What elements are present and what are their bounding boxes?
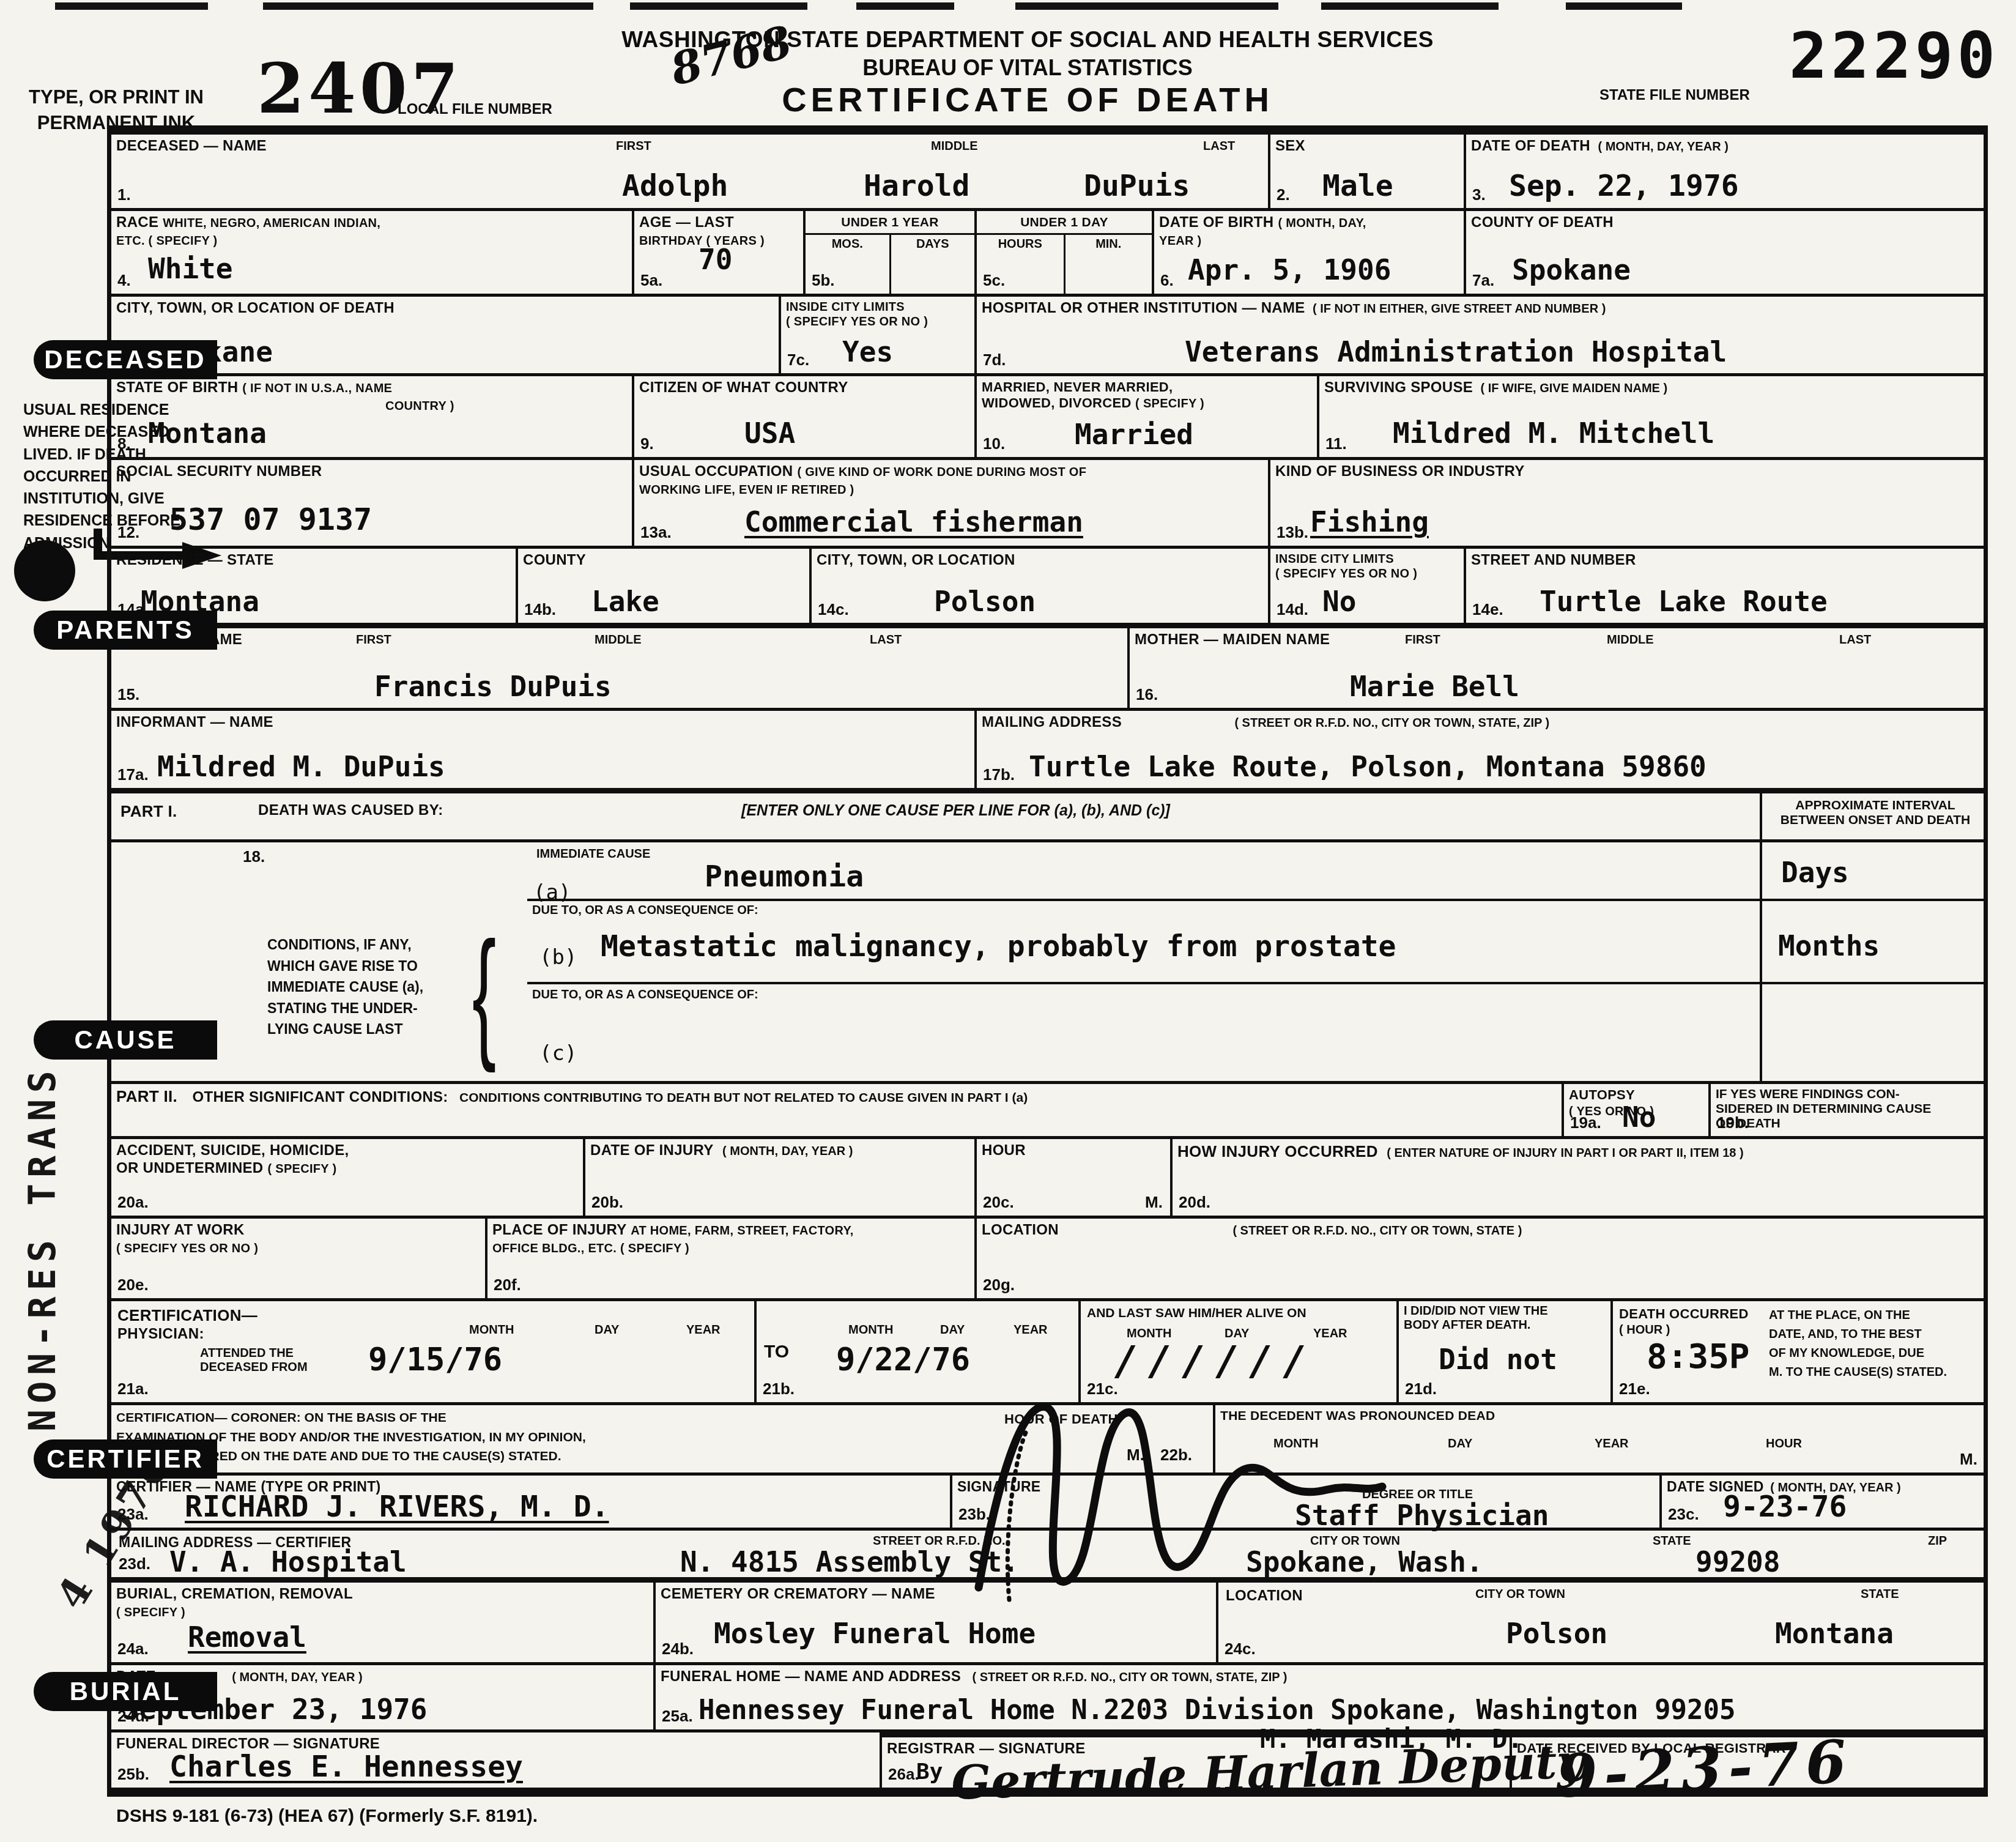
- state-file-number-label: STATE FILE NUMBER: [1599, 87, 1750, 104]
- part1-header: PART I. DEATH WAS CAUSED BY: [ENTER ONLY…: [111, 793, 1984, 842]
- death-certificate-scan: { "header":{ "ink":"TYPE, OR PRINT IN\nP…: [0, 0, 2016, 1842]
- immediate-cause-label: IMMEDIATE CAUSE: [536, 847, 650, 861]
- field-mother-name: MOTHER — MAIDEN NAME FIRST MIDDLE LAST 1…: [1130, 628, 1984, 708]
- field-county-of-death: COUNTY OF DEATH 7a. Spokane: [1466, 211, 1984, 294]
- part1-label: PART I.: [120, 802, 177, 821]
- interval-b-value: Months: [1778, 929, 1880, 962]
- sidebar-tab-parents: PARENTS: [34, 611, 217, 650]
- field-date-of-injury: DATE OF INJURY ( MONTH, DAY, YEAR ) 20b.: [585, 1139, 977, 1216]
- last-seen-slashes: / / / / / /: [1117, 1337, 1303, 1384]
- interval-a-value: Days: [1781, 856, 1849, 889]
- field-hospital: HOSPITAL OR OTHER INSTITUTION — NAME ( I…: [977, 297, 1984, 373]
- field-autopsy: AUTOPSY( YES OR NO ) 19a. No: [1564, 1084, 1711, 1136]
- part1-caused-by-label: DEATH WAS CAUSED BY:: [258, 802, 443, 820]
- bureau-title: BUREAU OF VITAL STATISTICS: [538, 55, 1517, 81]
- row-accident: ACCIDENT, SUICIDE, HOMICIDE,OR UNDETERMI…: [111, 1139, 1984, 1219]
- sidebar-tab-burial: BURIAL: [34, 1672, 217, 1711]
- field-death-occurred-hour: DEATH OCCURRED ( HOUR ) 21e. 8:35P AT TH…: [1613, 1301, 1984, 1402]
- date-received-handwritten: 9-23-76: [1555, 1726, 1854, 1811]
- row-place-of-death: CITY, TOWN, OR LOCATION OF DEATH 7b. Spo…: [111, 297, 1984, 376]
- field-residence-county: COUNTY 14b. Lake: [518, 549, 812, 623]
- field-date-of-birth: DATE OF BIRTH ( MONTH, DAY,YEAR ) 6. Apr…: [1154, 211, 1466, 294]
- field-under-1-year: UNDER 1 YEAR MOS.DAYS 5b.: [806, 211, 977, 294]
- interval-label: APPROXIMATE INTERVAL BETWEEN ONSET AND D…: [1763, 798, 1988, 828]
- row-race-age-dob: RACE WHITE, NEGRO, AMERICAN INDIAN,ETC. …: [111, 211, 1984, 297]
- field-place-of-injury: PLACE OF INJURY AT HOME, FARM, STREET, F…: [487, 1219, 977, 1298]
- field-accident-suicide-homicide: ACCIDENT, SUICIDE, HOMICIDE,OR UNDETERMI…: [111, 1139, 585, 1216]
- field-funeral-director-signature: FUNERAL DIRECTOR — SIGNATURE 25b. Charle…: [111, 1732, 882, 1788]
- field-funeral-home: FUNERAL HOME — NAME AND ADDRESS ( STREET…: [656, 1665, 1984, 1729]
- field-surviving-spouse: SURVIVING SPOUSE ( IF WIFE, GIVE MAIDEN …: [1319, 376, 1984, 457]
- field-certifier-name: CERTIFIER — NAME (TYPE OR PRINT) 23a. RI…: [111, 1476, 952, 1528]
- cause-a-tag: (a): [533, 880, 571, 905]
- non-res-trans-stamp: NON-RES TRANS.: [21, 936, 64, 1432]
- field-viewed-body: I DID/DID NOT VIEW THE BODY AFTER DEATH.…: [1399, 1301, 1613, 1402]
- row-parents: FATHER — NAME FIRST MIDDLE LAST 15. Fran…: [111, 628, 1984, 711]
- cause-c-tag: (c): [539, 1041, 577, 1066]
- field-under-1-day: UNDER 1 DAY HOURSMIN. 5c.: [977, 211, 1154, 294]
- cause-b-tag: (b): [539, 945, 577, 970]
- field-race: RACE WHITE, NEGRO, AMERICAN INDIAN,ETC. …: [111, 211, 634, 294]
- field-informant: INFORMANT — NAME 17a. Mildred M. DuPuis: [111, 711, 977, 788]
- field-burial-type: BURIAL, CREMATION, REMOVAL( SPECIFY ) 24…: [111, 1583, 656, 1662]
- state-file-number-value: 22290: [1789, 18, 1999, 93]
- sidebar-tab-deceased: DECEASED: [34, 340, 217, 379]
- field-sex: SEX 2. Male: [1270, 135, 1466, 208]
- registrar-by-label: By: [916, 1759, 943, 1784]
- local-file-number-label: LOCAL FILE NUMBER: [398, 101, 552, 118]
- field-injury-at-work: INJURY AT WORK( SPECIFY YES OR NO ) 20e.: [111, 1219, 487, 1298]
- field-residence-inside-limits: INSIDE CITY LIMITS( SPECIFY YES OR NO ) …: [1270, 549, 1466, 623]
- field-inside-city-limits: INSIDE CITY LIMITS( SPECIFY YES OR NO ) …: [781, 297, 977, 373]
- part1-instruction: [ENTER ONLY ONE CAUSE PER LINE FOR (a), …: [741, 802, 1170, 820]
- row-ssn-occupation: SOCIAL SECURITY NUMBER 12. 537 07 9137 U…: [111, 460, 1984, 549]
- field-attended-from: CERTIFICATION— PHYSICIAN: MONTH DAY YEAR…: [111, 1301, 757, 1402]
- physician-signature: [936, 1380, 1413, 1606]
- conditions-note: CONDITIONS, IF ANY, WHICH GAVE RISE TO I…: [267, 934, 423, 1040]
- sidebar-tab-cause: CAUSE: [34, 1020, 217, 1060]
- due-to-label-1: DUE TO, OR AS A CONSEQUENCE OF:: [532, 904, 758, 918]
- field-residence-street: STREET AND NUMBER 14e. Turtle Lake Route: [1466, 549, 1984, 623]
- field-injury-location: LOCATION ( STREET OR R.F.D. NO., CITY OR…: [977, 1219, 1984, 1298]
- cause-a-value: Pneumonia: [705, 860, 864, 894]
- field-industry: KIND OF BUSINESS OR INDUSTRY 13b. Fishin…: [1270, 460, 1984, 546]
- field-autopsy-findings: IF YES WERE FINDINGS CON- SIDERED IN DET…: [1711, 1084, 1984, 1136]
- row-residence: RESIDENCE — STATE 14a. Montana COUNTY 14…: [111, 549, 1984, 628]
- field-occupation: USUAL OCCUPATION ( GIVE KIND OF WORK DON…: [634, 460, 1270, 546]
- row-birth-citizen-marital: STATE OF BIRTH ( IF NOT IN U.S.A., NAMEC…: [111, 376, 1984, 460]
- form-number-footer: DSHS 9-181 (6-73) (HEA 67) (Formerly S.F…: [116, 1806, 538, 1827]
- due-to-label-2: DUE TO, OR AS A CONSEQUENCE OF:: [532, 988, 758, 1002]
- field-hour-of-injury: HOUR 20c. M.: [977, 1139, 1173, 1216]
- part2-row: PART II. OTHER SIGNIFICANT CONDITIONS: C…: [111, 1084, 1984, 1139]
- sidebar-tab-certifier: CERTIFIER: [34, 1439, 217, 1479]
- part1-body: 18. IMMEDIATE CAUSE (a) Pneumonia Days D…: [111, 842, 1984, 1084]
- item-18-number: 18.: [243, 847, 265, 866]
- field-state-of-birth: STATE OF BIRTH ( IF NOT IN U.S.A., NAMEC…: [111, 376, 634, 457]
- certifier-zip-value: 99208: [1695, 1545, 1780, 1578]
- row-burial-date-funeral-home: DATE ( MONTH, DAY, YEAR ) 24d. September…: [111, 1665, 1984, 1732]
- field-informant-mailing-address: MAILING ADDRESS ( STREET OR R.F.D. NO., …: [977, 711, 1984, 788]
- certifier-mailing-value: V. A. Hospital: [169, 1545, 407, 1578]
- field-date-signed: DATE SIGNED ( MONTH, DAY, YEAR ) 23c. 9-…: [1662, 1476, 1984, 1528]
- field-father-name: FATHER — NAME FIRST MIDDLE LAST 15. Fran…: [111, 628, 1130, 708]
- ink-dot: [14, 540, 75, 601]
- row-injury-place: INJURY AT WORK( SPECIFY YES OR NO ) 20e.…: [111, 1219, 1984, 1301]
- field-age: AGE — LASTBIRTHDAY ( YEARS ) 5a. 70: [634, 211, 806, 294]
- field-other-significant-conditions: PART II. OTHER SIGNIFICANT CONDITIONS: C…: [111, 1084, 1564, 1136]
- field-deceased-name: DECEASED — NAME FIRST MIDDLE LAST 1. Ado…: [111, 135, 1270, 208]
- row-deceased-name: DECEASED — NAME FIRST MIDDLE LAST 1. Ado…: [111, 135, 1984, 211]
- department-title: WASHINGTON STATE DEPARTMENT OF SOCIAL AN…: [538, 27, 1517, 53]
- field-residence-city: CITY, TOWN, OR LOCATION 14c. Polson: [812, 549, 1270, 623]
- field-how-injury-occurred: HOW INJURY OCCURRED ( ENTER NATURE OF IN…: [1173, 1139, 1984, 1216]
- cause-b-value: Metastatic malignancy, probably from pro…: [601, 929, 1396, 964]
- field-date-of-death: DATE OF DEATH ( MONTH, DAY, YEAR ) 3. Se…: [1466, 135, 1984, 208]
- field-citizen-of-country: CITIZEN OF WHAT COUNTRY 9. USA: [634, 376, 977, 457]
- field-ssn: SOCIAL SECURITY NUMBER 12. 537 07 9137: [111, 460, 634, 546]
- page-title: CERTIFICATE OF DEATH: [538, 80, 1517, 119]
- row-informant: INFORMANT — NAME 17a. Mildred M. DuPuis …: [111, 711, 1984, 793]
- brace-glyph: {: [472, 921, 496, 1064]
- field-marital-status: MARRIED, NEVER MARRIED,WIDOWED, DIVORCED…: [977, 376, 1319, 457]
